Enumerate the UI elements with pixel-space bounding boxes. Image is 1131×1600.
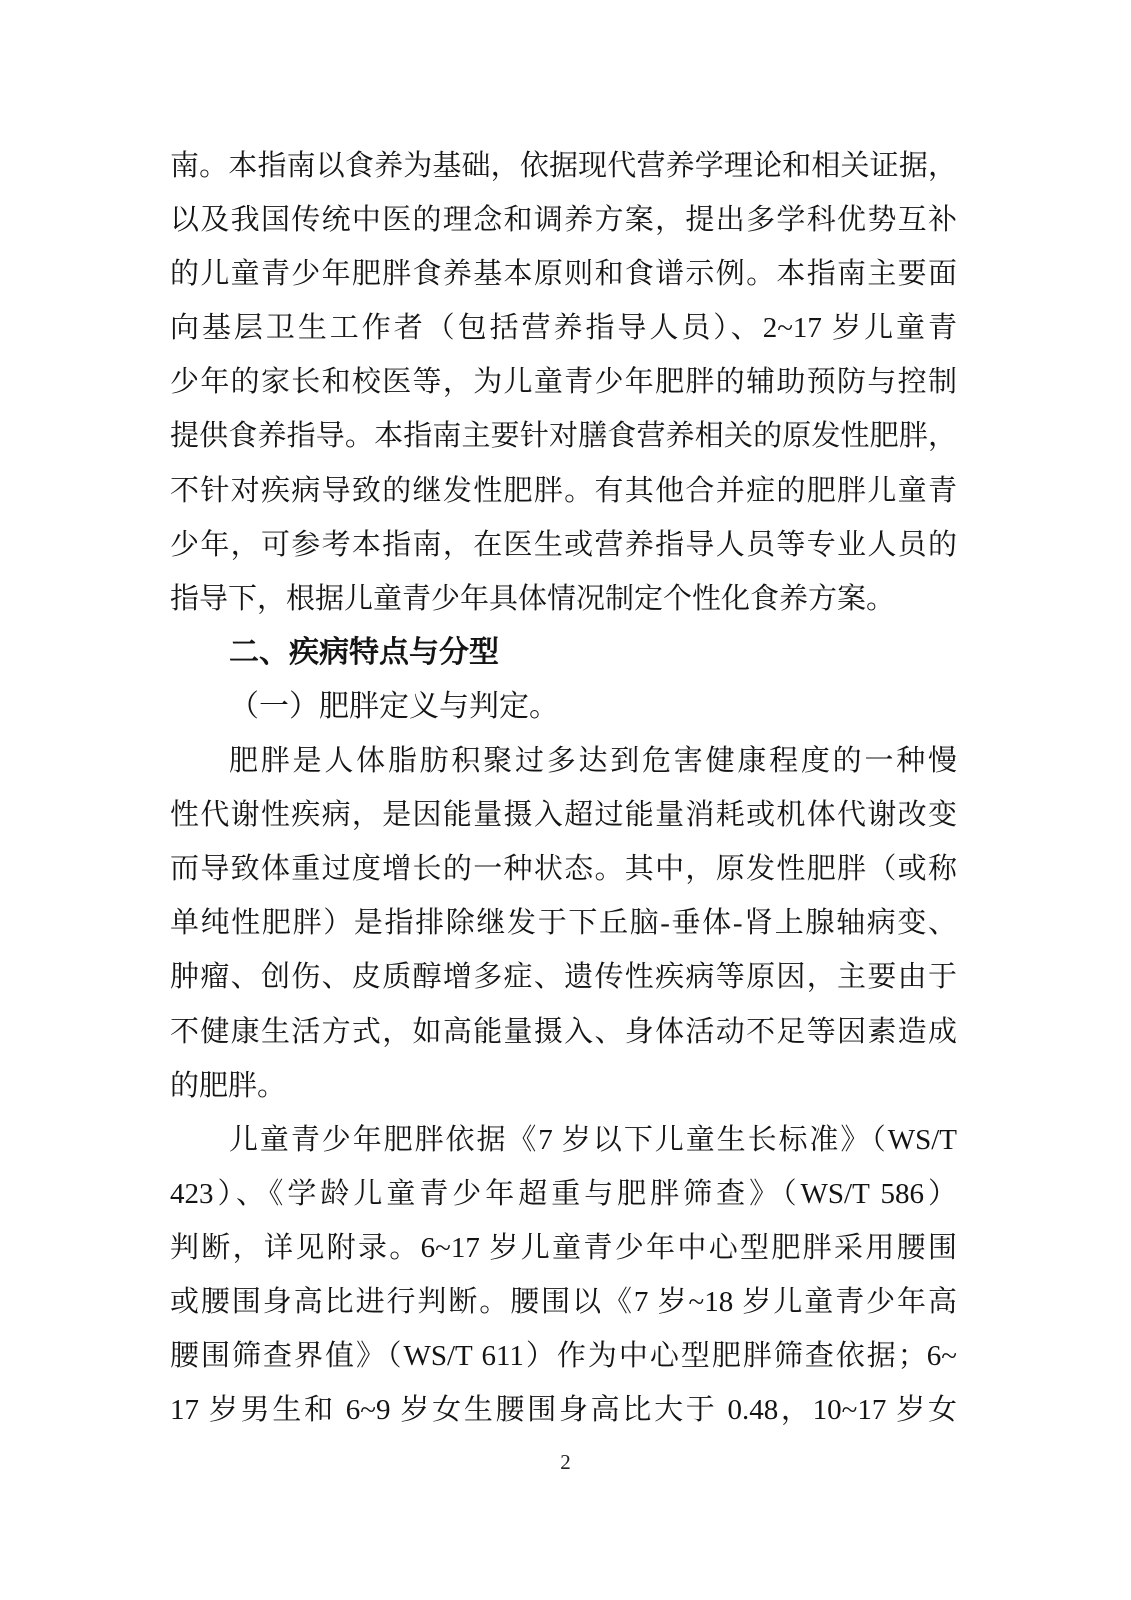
text-line: 腰围筛查界值》（WS/T 611）作为中心型肥胖筛查依据；6~ xyxy=(170,1329,957,1383)
text-line: 单纯性肥胖）是指排除继发于下丘脑-垂体-肾上腺轴病变、 xyxy=(170,896,957,950)
section-heading: 二、疾病特点与分型 xyxy=(170,626,957,680)
text-line: 少年的家长和校医等，为儿童青少年肥胖的辅助预防与控制 xyxy=(170,355,957,409)
text-line: 指导下，根据儿童青少年具体情况制定个性化食养方案。 xyxy=(170,572,957,626)
text-line: 儿童青少年肥胖依据《7 岁以下儿童生长标准》（WS/T xyxy=(170,1113,957,1167)
text-line: 17 岁男生和 6~9 岁女生腰围身高比大于 0.48，10~17 岁女 xyxy=(170,1383,957,1437)
text-line: 的肥胖。 xyxy=(170,1059,957,1113)
text-line: 少年，可参考本指南，在医生或营养指导人员等专业人员的 xyxy=(170,518,957,572)
text-line: 423）、《学龄儿童青少年超重与肥胖筛查》（WS/T 586） xyxy=(170,1167,957,1221)
text-line: 或腰围身高比进行判断。腰围以《7 岁~18 岁儿童青少年高 xyxy=(170,1275,957,1329)
text-line: 南。本指南以食养为基础，依据现代营养学理论和相关证据， xyxy=(170,139,957,193)
text-line: 性代谢性疾病，是因能量摄入超过能量消耗或机体代谢改变 xyxy=(170,788,957,842)
page-body: 南。本指南以食养为基础，依据现代营养学理论和相关证据， 以及我国传统中医的理念和… xyxy=(170,139,957,1437)
text-line: 提供食养指导。本指南主要针对膳食营养相关的原发性肥胖， xyxy=(170,409,957,463)
text-line: 的儿童青少年肥胖食养基本原则和食谱示例。本指南主要面 xyxy=(170,247,957,301)
text-line: 以及我国传统中医的理念和调养方案，提出多学科优势互补 xyxy=(170,193,957,247)
text-line: 不针对疾病导致的继发性肥胖。有其他合并症的肥胖儿童青 xyxy=(170,464,957,518)
text-line: 而导致体重过度增长的一种状态。其中，原发性肥胖（或称 xyxy=(170,842,957,896)
page-number: 2 xyxy=(0,1450,1131,1475)
document-page: 南。本指南以食养为基础，依据现代营养学理论和相关证据， 以及我国传统中医的理念和… xyxy=(0,0,1131,1600)
text-line: 肿瘤、创伤、皮质醇增多症、遗传性疾病等原因，主要由于 xyxy=(170,950,957,1004)
text-line: 不健康生活方式，如高能量摄入、身体活动不足等因素造成 xyxy=(170,1005,957,1059)
text-line: 判断，详见附录。6~17 岁儿童青少年中心型肥胖采用腰围 xyxy=(170,1221,957,1275)
text-line: 肥胖是人体脂肪积聚过多达到危害健康程度的一种慢 xyxy=(170,734,957,788)
subsection-heading: （一）肥胖定义与判定。 xyxy=(170,680,957,734)
text-line: 向基层卫生工作者（包括营养指导人员）、2~17 岁儿童青 xyxy=(170,301,957,355)
